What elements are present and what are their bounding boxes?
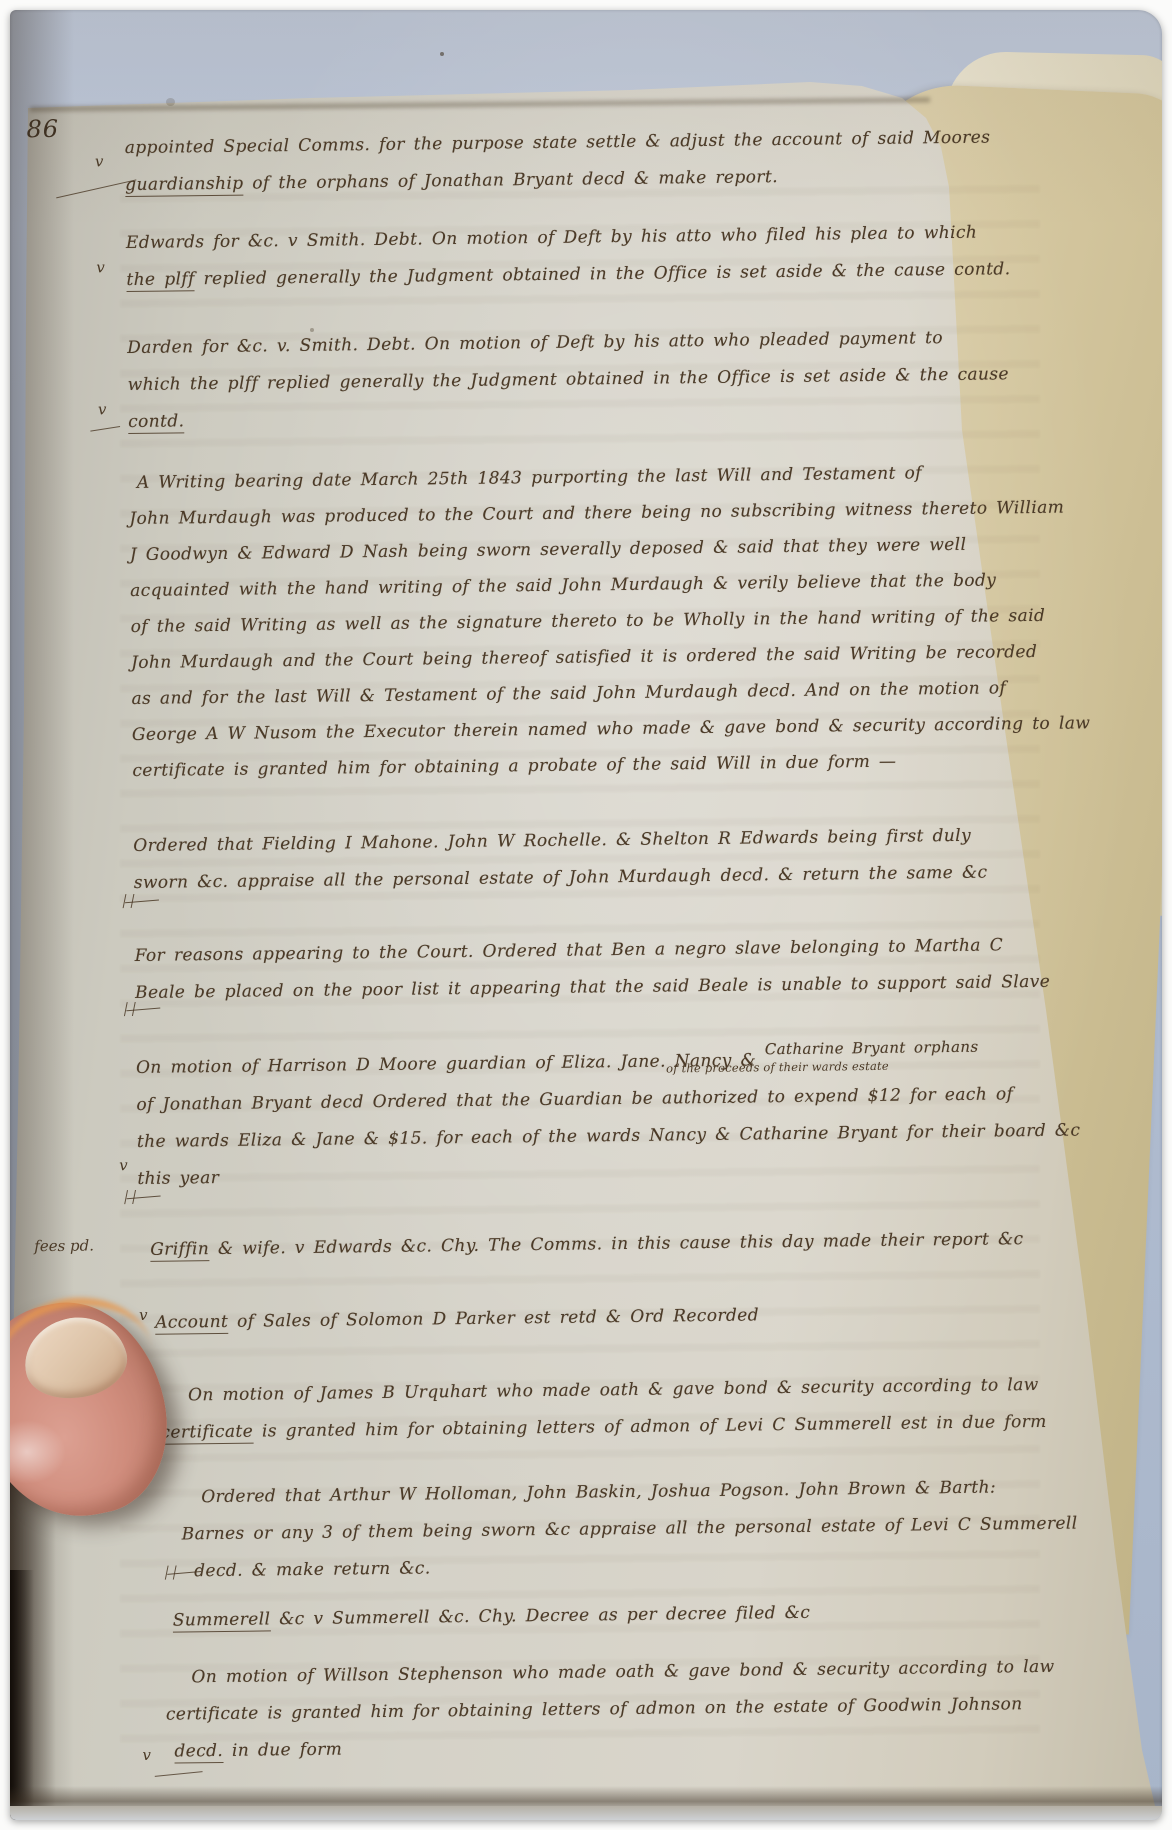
court-record-entry: Summerell &c v Summerell &c. Chy. Decree… bbox=[173, 1595, 811, 1640]
photo-frame: 86 appointed Special Comms. for the purp… bbox=[0, 0, 1172, 1830]
entry-line: Account of Sales of Solomon D Parker est… bbox=[155, 1297, 759, 1341]
court-record-entry: On motion of Willson Stephenson who made… bbox=[165, 1649, 1055, 1771]
paragraph-mark-icon bbox=[123, 1002, 163, 1018]
page-number: 86 bbox=[26, 115, 59, 143]
entry-line: Griffin & wife. v Edwards &c. Chy. The C… bbox=[150, 1221, 1024, 1269]
book-photo: 86 appointed Special Comms. for the purp… bbox=[10, 10, 1162, 1820]
handwritten-text-layer: 86 appointed Special Comms. for the purp… bbox=[10, 10, 1162, 1820]
court-record-entry: A Writing bearing date March 25th 1843 p… bbox=[129, 453, 1091, 789]
court-record-entry: appointed Special Comms. for the purpose… bbox=[125, 119, 991, 204]
underlined-word: guardianship bbox=[125, 174, 244, 197]
underlined-word: Summerell bbox=[173, 1609, 271, 1632]
court-record-entry: On motion of James B Urquhart who made o… bbox=[160, 1367, 1047, 1452]
paragraph-mark-icon bbox=[124, 1190, 164, 1206]
margin-check-icon: v bbox=[119, 1156, 128, 1174]
court-record-entry: Edwards for &c. v Smith. Debt. On motion… bbox=[126, 214, 1011, 299]
margin-flourish bbox=[155, 1771, 203, 1777]
margin-flourish bbox=[90, 426, 120, 432]
margin-check-icon: v bbox=[96, 258, 105, 276]
margin-check-icon: v bbox=[142, 1746, 151, 1764]
court-record-entry: Ordered that Fielding I Mahone. John W R… bbox=[133, 818, 988, 902]
paragraph-mark-icon bbox=[122, 894, 162, 910]
underlined-word: contd. bbox=[128, 411, 184, 434]
court-record-entry: Darden for &c. v. Smith. Debt. On motion… bbox=[127, 319, 1010, 441]
court-record-entry: For reasons appearing to the Court. Orde… bbox=[134, 927, 1050, 1012]
margin-check-icon: v bbox=[95, 152, 104, 170]
court-record-entry: Griffin & wife. v Edwards &c. Chy. The C… bbox=[150, 1221, 1024, 1269]
margin-note-fees-paid: fees pd. bbox=[34, 1237, 94, 1256]
margin-check-icon: v bbox=[98, 400, 107, 418]
interlined-note: of the proceeds of their wards estate bbox=[666, 1059, 889, 1076]
underlined-word: certificate bbox=[160, 1422, 253, 1445]
interlined-addition: Catharine Bryant orphans bbox=[765, 1038, 979, 1059]
thumb bbox=[10, 1302, 164, 1517]
underlined-word: Account bbox=[155, 1312, 228, 1335]
court-record-entry: Ordered that Arthur W Holloman, John Bas… bbox=[181, 1469, 1078, 1591]
paragraph-mark-icon bbox=[164, 1565, 204, 1581]
court-record-entry: On motion of Harrison D Moore guardian o… bbox=[136, 1038, 1081, 1198]
entry-line: Summerell &c v Summerell &c. Chy. Decree… bbox=[173, 1595, 811, 1640]
underlined-word: Griffin bbox=[150, 1239, 209, 1262]
underlined-word: the plff bbox=[126, 269, 195, 292]
court-record-entry: Account of Sales of Solomon D Parker est… bbox=[155, 1297, 759, 1341]
underlined-word: decd. bbox=[174, 1741, 223, 1764]
